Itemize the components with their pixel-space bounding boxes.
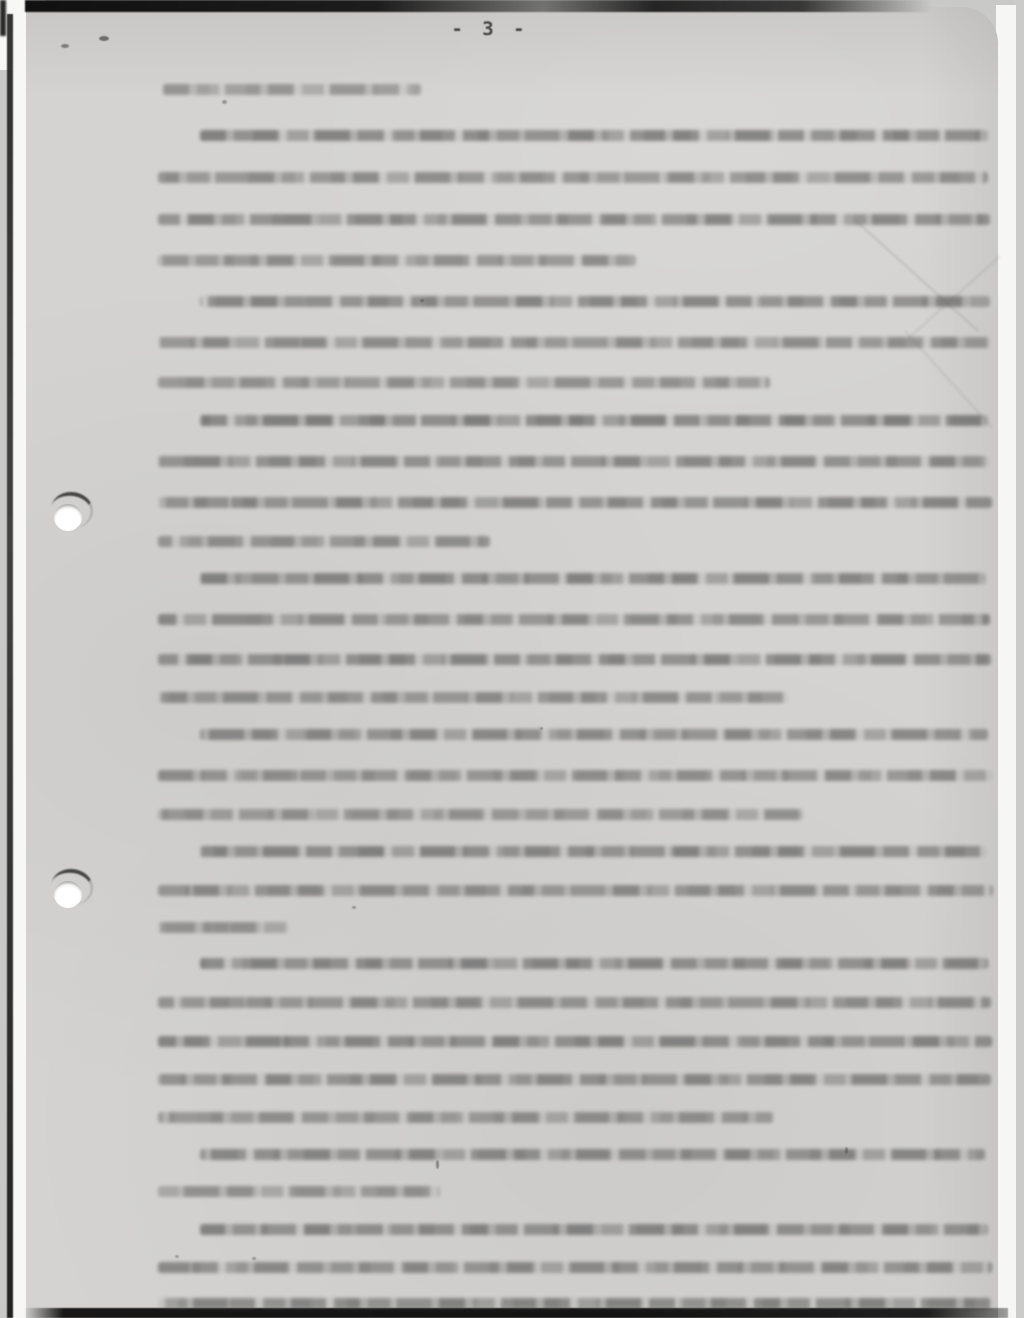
dust-speck xyxy=(252,1257,256,1260)
faded-text-line xyxy=(158,809,803,820)
dust-speck xyxy=(222,100,227,104)
faded-text-line xyxy=(158,497,992,508)
faded-text-line xyxy=(200,729,988,740)
faded-text-line xyxy=(158,1074,991,1085)
page-number: - 3 - xyxy=(430,18,550,40)
faded-text-line xyxy=(158,614,990,625)
faded-text-line xyxy=(158,997,991,1008)
faded-text-line xyxy=(200,296,990,307)
faded-text-line xyxy=(200,573,986,584)
faded-text-line xyxy=(158,536,490,547)
dust-speck xyxy=(352,906,356,909)
faded-text-line xyxy=(158,885,993,896)
left-page-edge-shadow xyxy=(7,14,13,1318)
faded-text-line xyxy=(158,770,992,781)
top-page-edge-shadow xyxy=(25,0,950,12)
faded-text-line xyxy=(158,172,988,183)
faded-text-line xyxy=(158,1298,991,1309)
dust-speck xyxy=(436,1160,439,1169)
dust-speck xyxy=(175,1255,179,1258)
faded-text-line xyxy=(200,958,988,969)
dust-speck xyxy=(540,727,543,730)
faded-text-line xyxy=(158,377,770,388)
faded-text-line xyxy=(158,337,991,348)
faded-text-line xyxy=(163,84,421,95)
faded-text-line xyxy=(158,214,990,225)
dust-speck xyxy=(99,36,109,41)
faded-text-line xyxy=(158,654,991,665)
dust-speck xyxy=(420,299,424,302)
faded-text-line xyxy=(158,1036,992,1047)
faded-text-line xyxy=(200,1224,988,1235)
faded-text-line xyxy=(200,1149,985,1160)
faded-text-line xyxy=(158,922,290,933)
faded-text-line xyxy=(200,846,987,857)
faded-text-line xyxy=(158,692,788,703)
faded-text-line xyxy=(158,255,636,266)
bottom-page-edge-shadow xyxy=(24,1308,1008,1318)
faded-text-line xyxy=(158,1262,992,1273)
dust-speck xyxy=(845,1147,848,1154)
faded-text-line xyxy=(158,1112,773,1123)
dust-speck xyxy=(61,44,69,48)
faded-text-line xyxy=(200,415,988,426)
top-left-dark-edge xyxy=(0,0,6,36)
faded-text-line xyxy=(158,1186,440,1197)
right-white-gap xyxy=(996,5,1016,1318)
faded-text-line xyxy=(158,456,990,467)
faded-text-line xyxy=(200,130,988,141)
